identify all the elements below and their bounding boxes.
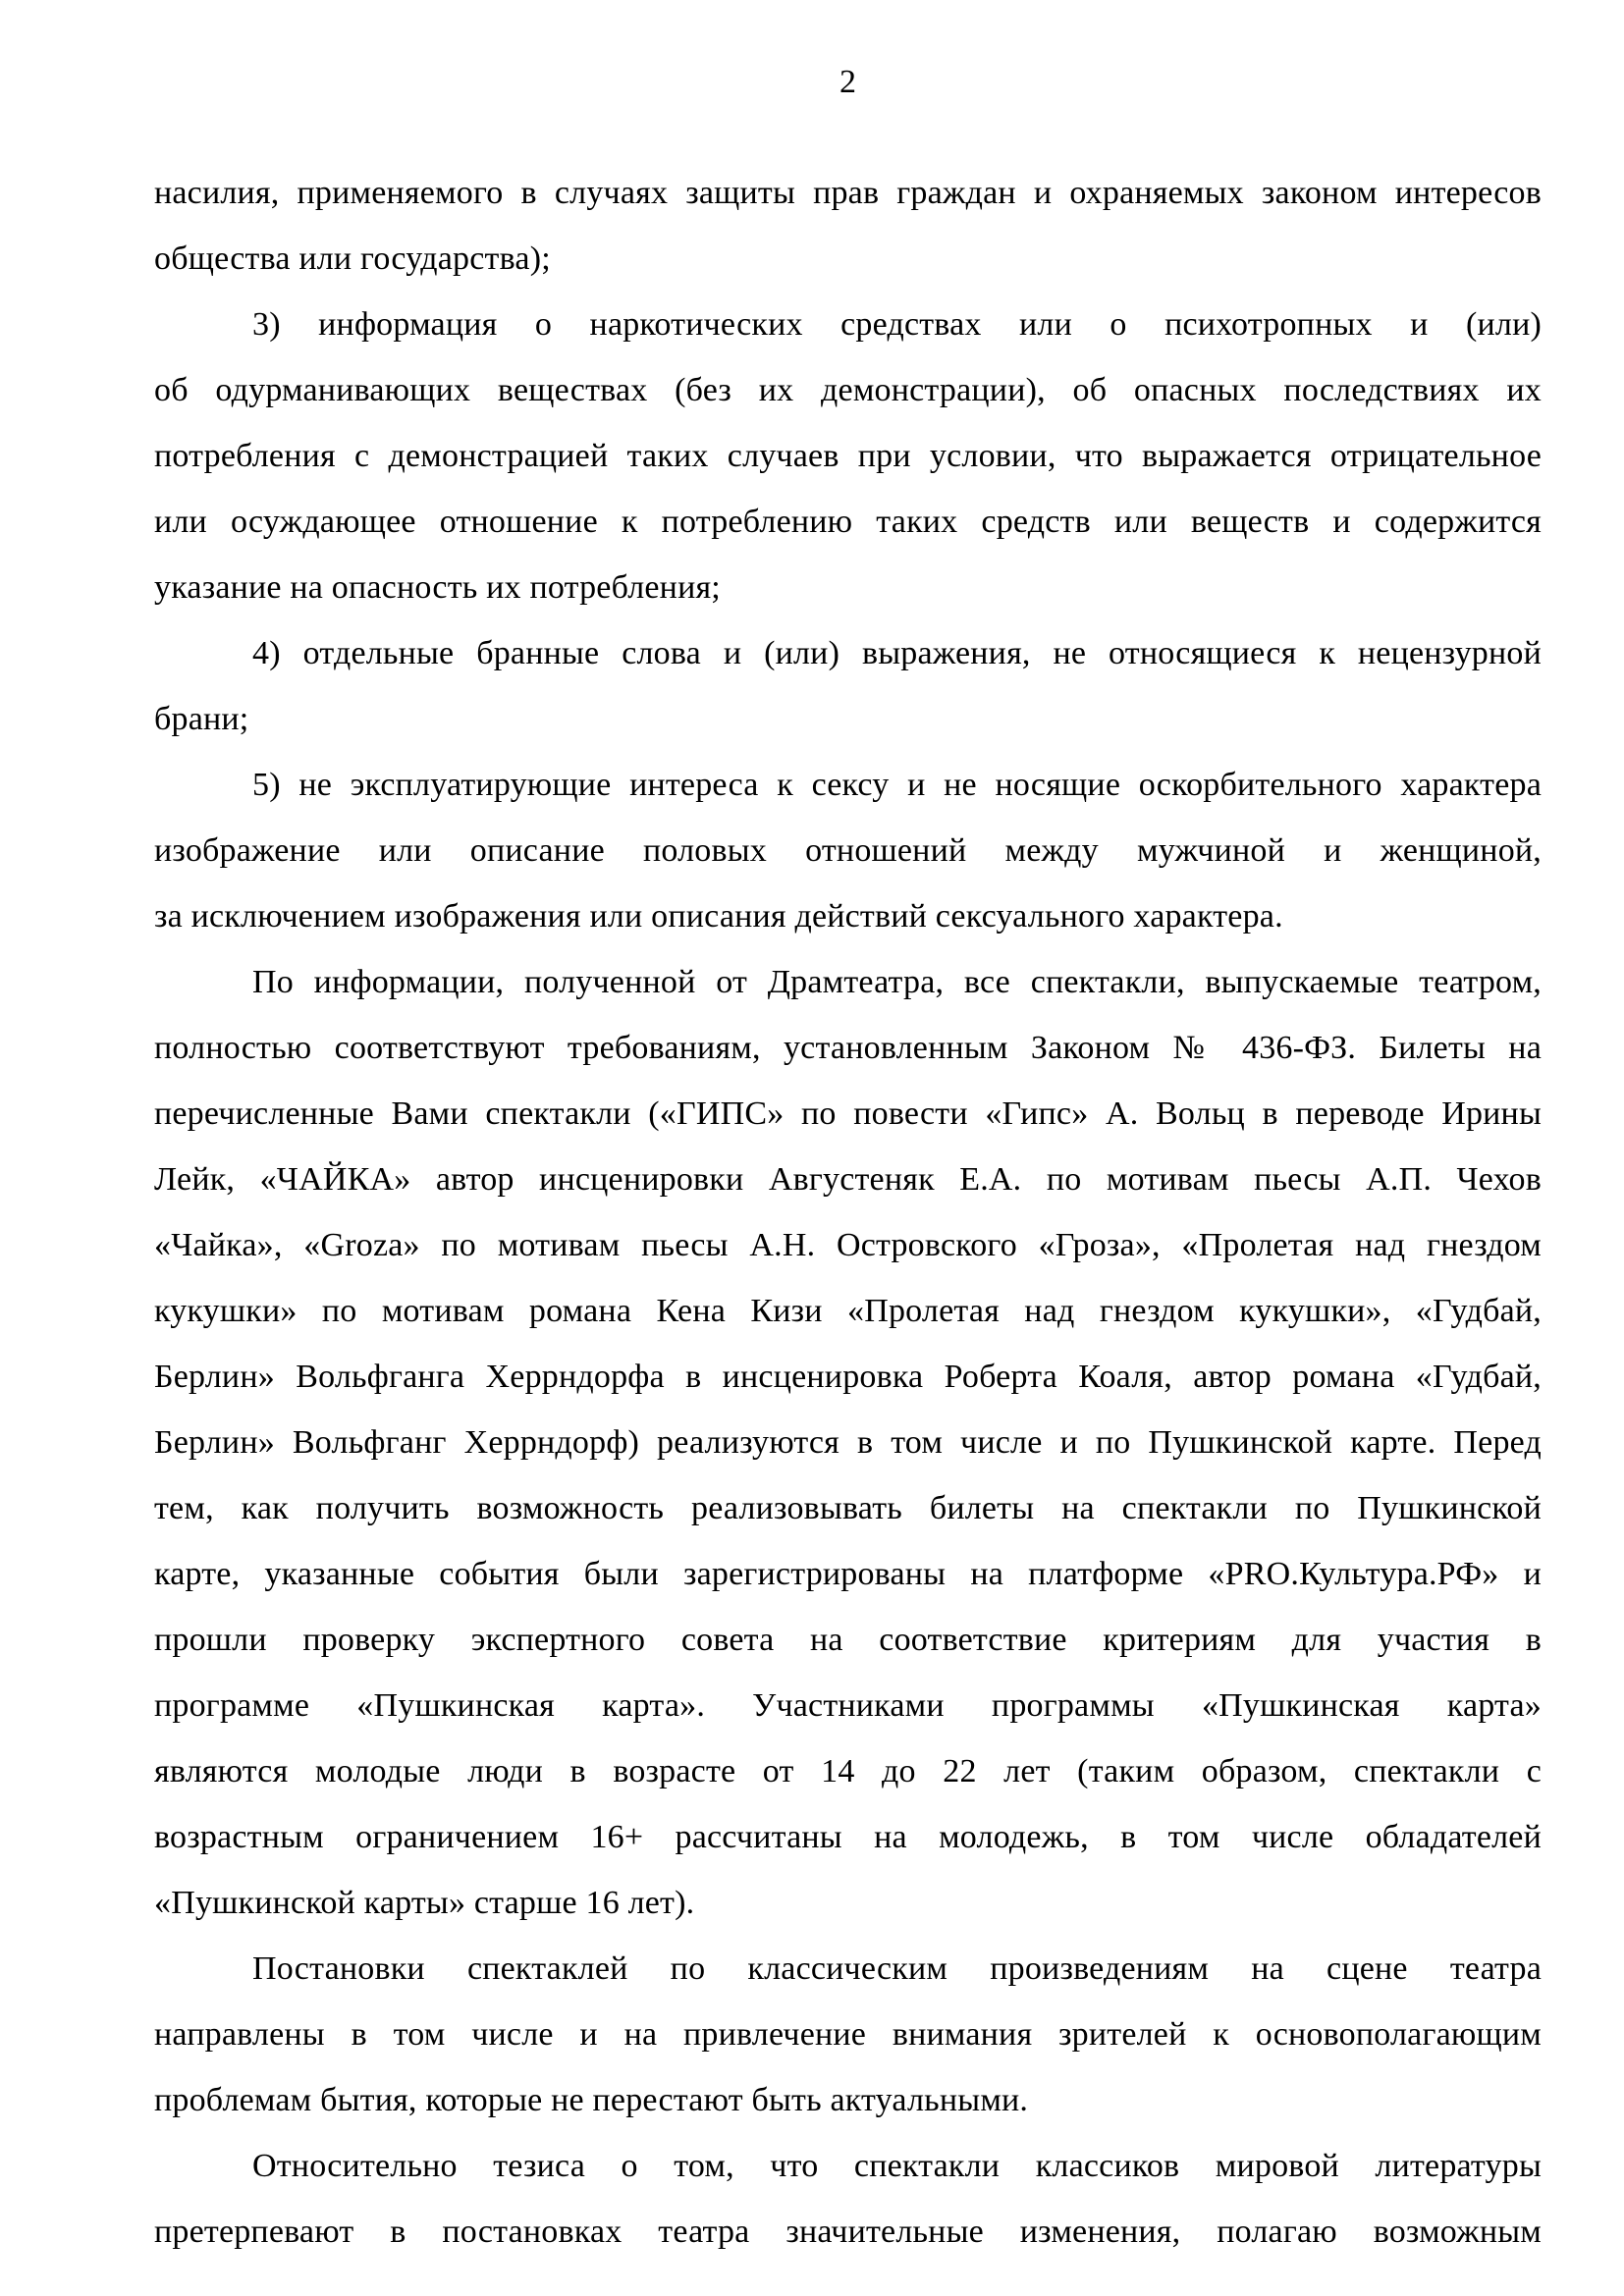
- text-line: кукушки» по мотивам романа Кена Кизи «Пр…: [154, 1278, 1542, 1344]
- text-line: 3) информация о наркотических средствах …: [154, 292, 1542, 357]
- text-line: потребления с демонстрацией таких случае…: [154, 423, 1542, 489]
- text-line: полностью соответствуют требованиям, уст…: [154, 1015, 1542, 1081]
- text-line: проблемам бытия, которые не перестают бы…: [154, 2067, 1542, 2133]
- text-line: насилия, применяемого в случаях защиты п…: [154, 160, 1542, 226]
- document-body: насилия, применяемого в случаях защиты п…: [154, 160, 1542, 2265]
- document-page: 2 насилия, применяемого в случаях защиты…: [0, 0, 1624, 2296]
- text-line: 5) не эксплуатирующие интереса к сексу и…: [154, 752, 1542, 818]
- paragraph-theater-info: По информации, полученной от Драмтеатра,…: [154, 949, 1542, 1936]
- text-line: Берлин» Вольфганг Херрндорф) реализуются…: [154, 1410, 1542, 1475]
- text-line: являются молодые люди в возрасте от 14 д…: [154, 1738, 1542, 1804]
- text-line: По информации, полученной от Драмтеатра,…: [154, 949, 1542, 1015]
- text-line: изображение или описание половых отношен…: [154, 818, 1542, 883]
- text-line: претерпевают в постановках театра значит…: [154, 2199, 1542, 2265]
- page-number: 2: [154, 49, 1542, 115]
- text-line: карте, указанные события были зарегистри…: [154, 1541, 1542, 1607]
- text-line: перечисленные Вами спектакли («ГИПС» по …: [154, 1081, 1542, 1147]
- text-line: Постановки спектаклей по классическим пр…: [154, 1936, 1542, 2002]
- paragraph-continuation: насилия, применяемого в случаях защиты п…: [154, 160, 1542, 292]
- text-line: «Пушкинской карты» старше 16 лет).: [154, 1870, 1542, 1936]
- text-line: «Чайка», «Groza» по мотивам пьесы А.Н. О…: [154, 1212, 1542, 1278]
- text-line: указание на опасность их потребления;: [154, 555, 1542, 620]
- text-line: общества или государства);: [154, 226, 1542, 292]
- text-line: возрастным ограничением 16+ рассчитаны н…: [154, 1804, 1542, 1870]
- text-line: тем, как получить возможность реализовыв…: [154, 1475, 1542, 1541]
- paragraph-thesis: Относительно тезиса о том, что спектакли…: [154, 2133, 1542, 2265]
- text-line: Относительно тезиса о том, что спектакли…: [154, 2133, 1542, 2199]
- text-line: направлены в том числе и на привлечение …: [154, 2002, 1542, 2067]
- text-line: Лейк, «ЧАЙКА» автор инсценировки Августе…: [154, 1147, 1542, 1212]
- text-line: программе «Пушкинская карта». Участникам…: [154, 1673, 1542, 1738]
- text-line: 4) отдельные бранные слова и (или) выраж…: [154, 620, 1542, 686]
- paragraph-classic-productions: Постановки спектаклей по классическим пр…: [154, 1936, 1542, 2133]
- text-line: прошли проверку экспертного совета на со…: [154, 1607, 1542, 1673]
- paragraph-item-5: 5) не эксплуатирующие интереса к сексу и…: [154, 752, 1542, 949]
- text-line: об одурманивающих веществах (без их демо…: [154, 357, 1542, 423]
- paragraph-item-4: 4) отдельные бранные слова и (или) выраж…: [154, 620, 1542, 752]
- text-line: Берлин» Вольфганга Херрндорфа в инсценир…: [154, 1344, 1542, 1410]
- text-line: или осуждающее отношение к потреблению т…: [154, 489, 1542, 555]
- paragraph-item-3: 3) информация о наркотических средствах …: [154, 292, 1542, 620]
- text-line: за исключением изображения или описания …: [154, 883, 1542, 949]
- text-line: брани;: [154, 686, 1542, 752]
